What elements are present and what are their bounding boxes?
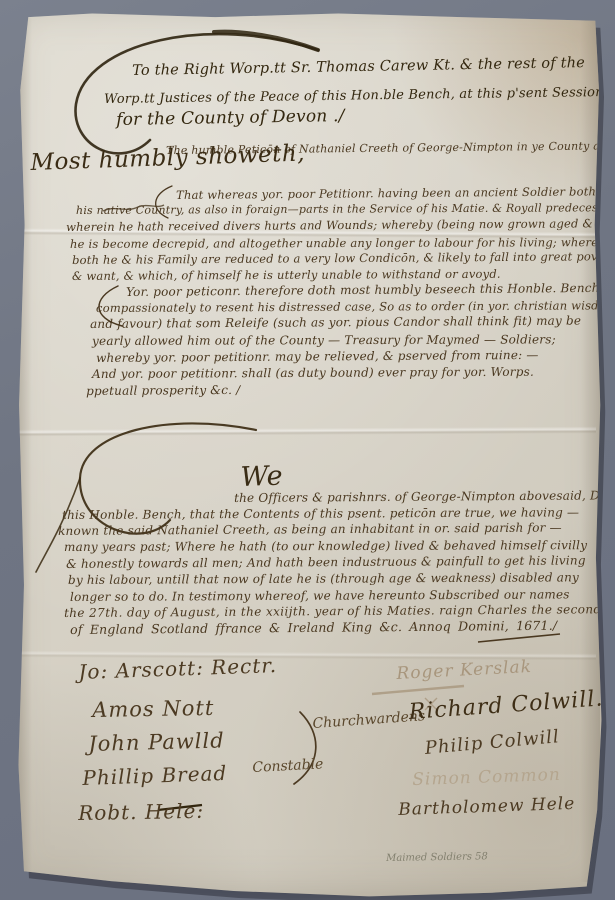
petition-prayer-line: Yor. poor peticonr. therefore doth most … xyxy=(126,281,604,299)
manuscript-page: To the Right Worp.tt Sr. Thomas Carew Kt… xyxy=(0,0,615,900)
petition-body-line: he is become decrepid, and altogether un… xyxy=(70,235,615,251)
petition-prayer-line: whereby yor. poor petitionr. may be reli… xyxy=(96,348,539,365)
certification-line: by his labour, untill that now of late h… xyxy=(68,570,579,587)
showeth-heading: Most humbly showeth, xyxy=(30,140,305,176)
petition-prayer-line: compassionately to resent his distressed… xyxy=(96,298,615,315)
pencil-reference-note: Maimed Soldiers 58 xyxy=(386,851,488,864)
paper-edge-shading xyxy=(18,18,32,873)
petition-body-line: & want, & which, of himself he is utterl… xyxy=(72,267,501,283)
signature-roger-kerslak: Roger Kerslak xyxy=(396,657,532,684)
certification-line: known the said Nathaniel Creeth, as bein… xyxy=(58,520,562,538)
signature-churchwarden-1: Amos Nott xyxy=(92,696,214,722)
petition-prayer-line: yearly allowed him out of the County — T… xyxy=(92,332,556,348)
petition-body-line: both he & his Family are reduced to a ve… xyxy=(72,249,615,267)
signature-bartholomew-hele: Bartholomew Hele xyxy=(398,794,576,820)
petition-body-line: his native Country, as also in foraign—p… xyxy=(76,201,615,217)
petition-prayer-line: and favour) that som Releife (such as yo… xyxy=(90,314,581,331)
certification-regnal-line: of England Scotland ffrance & Ireland Ki… xyxy=(70,618,557,637)
address-line-2: Worp.tt Justices of the Peace of this Ho… xyxy=(104,85,611,107)
certification-line: longer so to do. In testimony whereof, w… xyxy=(70,587,570,604)
address-line-1: To the Right Worp.tt Sr. Thomas Carew Kt… xyxy=(132,55,585,79)
petition-body-line: That whereas yor. poor Petitionr. having… xyxy=(176,184,615,202)
certification-opening-word: We xyxy=(240,461,284,493)
signature-churchwarden-2: John Pawlld xyxy=(88,728,225,756)
constable-role-label: Constable xyxy=(252,756,324,776)
signature-robt-hele: Robt. Hele: xyxy=(78,799,204,825)
certification-line: & honestly towards all men; And hath bee… xyxy=(66,553,586,571)
certification-line: this Honble. Bench, that the Contents of… xyxy=(62,505,579,522)
address-line-3: for the County of Devon ./ xyxy=(116,106,345,130)
petition-prayer-line: ppetuall prosperity &c. / xyxy=(86,383,240,398)
signature-simon-common: Simon Common xyxy=(412,765,561,790)
petition-prayer-line: And yor. poor petitionr. shall (as duty … xyxy=(92,365,534,381)
signature-philip-colwill: Philip Colwill xyxy=(424,726,561,759)
year-underline xyxy=(478,634,560,642)
certification-line: many years past; Where he hath (to our k… xyxy=(64,538,587,554)
kerslak-underline xyxy=(372,686,464,694)
signature-richard-colwill: Richard Colwill. xyxy=(408,686,604,725)
certification-line: the Officers & parishnrs. of George-Nimp… xyxy=(234,488,615,505)
signature-constable: Phillip Bread xyxy=(82,761,228,790)
opening-swash-thick-stroke xyxy=(214,32,318,50)
photo-backdrop: To the Right Worp.tt Sr. Thomas Carew Kt… xyxy=(0,0,615,900)
fold-crease xyxy=(18,426,596,436)
